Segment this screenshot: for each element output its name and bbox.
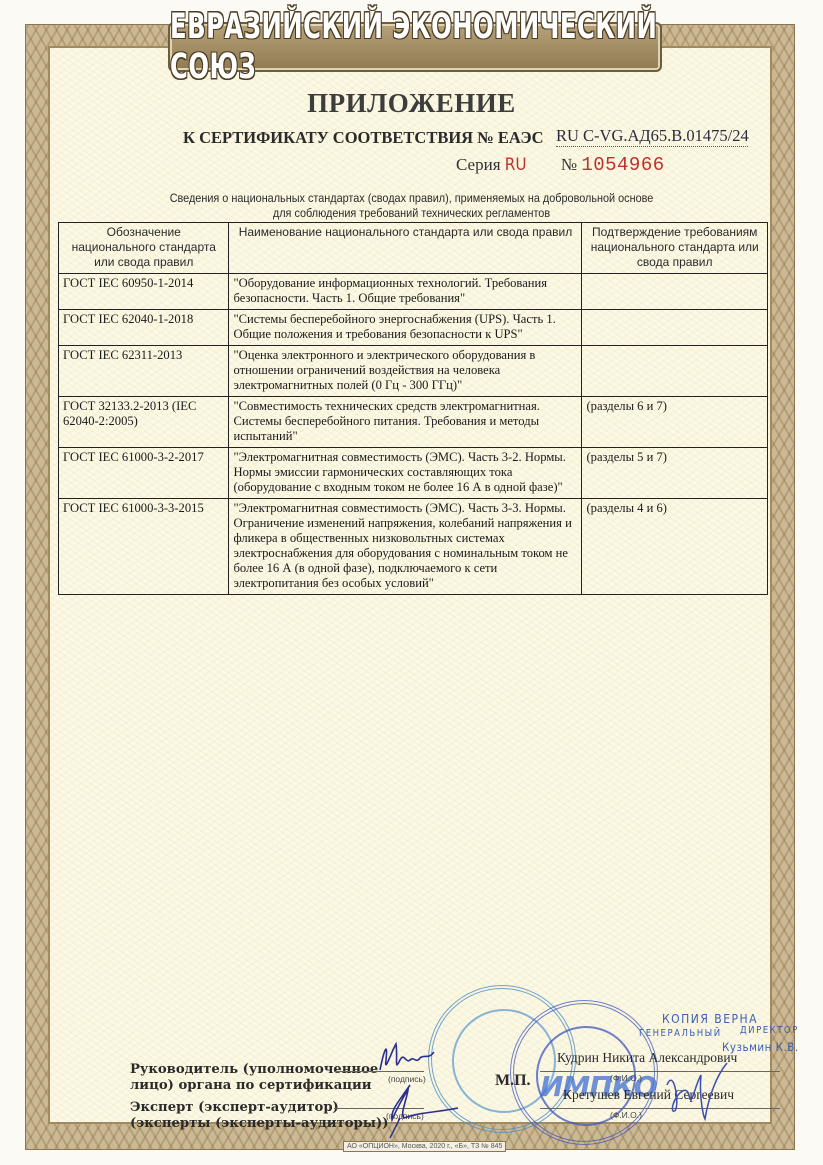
intro-line-2: для соблюдения требований технических ре…: [33, 206, 790, 221]
cell-code: ГОСТ IEC 61000-3-2-2017: [59, 448, 229, 499]
head-label-line-2: лицо) органа по сертификации: [130, 1078, 378, 1094]
intro-text: Сведения о национальных стандартах (свод…: [33, 191, 790, 221]
series-label: Серия: [456, 155, 501, 174]
serial-number: 1054966: [581, 154, 664, 176]
cell-code: ГОСТ IEC 60950-1-2014: [59, 274, 229, 310]
table-row: ГОСТ IEC 62311-2013 "Оценка электронного…: [59, 346, 768, 397]
certificate-label: К СЕРТИФИКАТУ СООТВЕТСТВИЯ № ЕАЭС: [183, 128, 544, 148]
number-label: №: [561, 155, 577, 174]
series-line: Серия RU № 1054966: [456, 154, 665, 176]
cell-confirmation: [582, 310, 768, 346]
printer-mark: АО «ОПЦИОН», Москва, 2020 г., «Б», ТЗ № …: [343, 1141, 506, 1152]
cell-confirmation: (разделы 5 и 7): [582, 448, 768, 499]
copy-stamp-director: ДИРЕКТОР: [740, 1025, 799, 1036]
banner-text: ЕВРАЗИЙСКИЙ ЭКОНОМИЧЕСКИЙ СОЮЗ: [170, 7, 660, 88]
table-row: ГОСТ IEC 60950-1-2014 "Оборудование инфо…: [59, 274, 768, 310]
signature-scribble-icon: [370, 1030, 460, 1140]
table-row: ГОСТ IEC 62040-1-2018 "Системы бесперебо…: [59, 310, 768, 346]
cell-code: ГОСТ IEC 62040-1-2018: [59, 310, 229, 346]
cell-name: "Оборудование информационных технологий.…: [229, 274, 582, 310]
cell-confirmation: (разделы 4 и 6): [582, 499, 768, 595]
header-confirmation: Подтверждение требованиям национального …: [582, 223, 768, 274]
header-name: Наименование национального стандарта или…: [229, 223, 582, 274]
union-banner: ЕВРАЗИЙСКИЙ ЭКОНОМИЧЕСКИЙ СОЮЗ: [168, 22, 662, 72]
table-row: ГОСТ IEC 61000-3-2-2017 "Электромагнитна…: [59, 448, 768, 499]
expert-fio-caption: (Ф.И.О.): [610, 1110, 642, 1120]
head-label: Руководитель (уполномоченное лицо) орган…: [130, 1062, 378, 1094]
cell-name: "Оценка электронного и электрического об…: [229, 346, 582, 397]
expert-label-line-2: (эксперты (эксперты-аудиторы)): [130, 1116, 388, 1132]
certificate-number: RU C-VG.АД65.В.01475/24: [556, 126, 748, 147]
cell-code: ГОСТ IEC 62311-2013: [59, 346, 229, 397]
page-title: ПРИЛОЖЕНИЕ: [0, 88, 823, 119]
cell-confirmation: (разделы 6 и 7): [582, 397, 768, 448]
cell-name: "Электромагнитная совместимость (ЭМС). Ч…: [229, 499, 582, 595]
cell-code: ГОСТ 32133.2-2013 (IEC 62040-2:2005): [59, 397, 229, 448]
seal-place-label: М.П.: [495, 1072, 531, 1090]
copy-stamp-position: ГЕНЕРАЛЬНЫЙ: [639, 1028, 722, 1039]
table-row: ГОСТ 32133.2-2013 (IEC 62040-2:2005) "Со…: [59, 397, 768, 448]
intro-line-1: Сведения о национальных стандартах (свод…: [33, 191, 790, 206]
copy-certified-stamp: КОПИЯ ВЕРНА: [662, 1012, 758, 1026]
cell-code: ГОСТ IEC 61000-3-3-2015: [59, 499, 229, 595]
table-row: ГОСТ IEC 61000-3-3-2015 "Электромагнитна…: [59, 499, 768, 595]
cell-confirmation: [582, 346, 768, 397]
cell-confirmation: [582, 274, 768, 310]
cell-name: "Системы бесперебойного энергоснабжения …: [229, 310, 582, 346]
header-code: Обозначение национального стандарта или …: [59, 223, 229, 274]
head-fio-caption: (Ф.И.О.): [610, 1073, 642, 1083]
expert-signature-scribble-icon: [655, 1055, 735, 1125]
cell-name: "Совместимость технических средств элект…: [229, 397, 582, 448]
expert-label: Эксперт (эксперт-аудитор) (эксперты (экс…: [130, 1100, 388, 1132]
series-value: RU: [505, 155, 527, 175]
cell-name: "Электромагнитная совместимость (ЭМС). Ч…: [229, 448, 582, 499]
table-header-row: Обозначение национального стандарта или …: [59, 223, 768, 274]
head-label-line-1: Руководитель (уполномоченное: [130, 1062, 378, 1078]
standards-table: Обозначение национального стандарта или …: [58, 222, 768, 595]
